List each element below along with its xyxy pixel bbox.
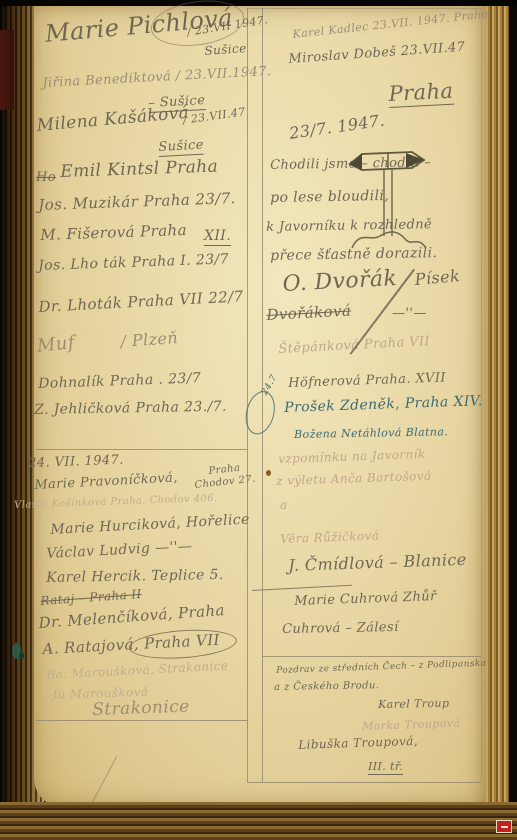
photo-right-edge bbox=[509, 0, 517, 840]
guestbook-entry: Z. Jehličková Praha 23./7. bbox=[34, 399, 227, 418]
guestbook-entry: Božena Netáhlová Blatna. bbox=[294, 425, 448, 441]
guestbook-entry: a z Českého Brodu. bbox=[274, 680, 379, 693]
guestbook-entry: Ho bbox=[36, 170, 56, 185]
guestbook-photo: Marie Pichlová/ 23.VII 1947.SušiceJiřina… bbox=[0, 0, 517, 840]
guestbook-entry: / Plzeň bbox=[120, 328, 179, 351]
guestbook-entry: Cuhrová – Zálesí bbox=[282, 620, 399, 637]
guestbook-entry: XII. bbox=[204, 228, 231, 246]
column-divider-line bbox=[247, 8, 248, 782]
guestbook-entry: Písek bbox=[414, 266, 461, 289]
frame-line-top bbox=[247, 8, 481, 9]
frame-line-bottom-left bbox=[36, 720, 247, 721]
section-line-left bbox=[36, 449, 247, 450]
guestbook-entry: Karel Troup bbox=[378, 697, 450, 711]
spine-red-stain bbox=[0, 30, 14, 110]
guestbook-entry: Sušice bbox=[204, 41, 247, 58]
ink-spot bbox=[266, 470, 271, 476]
book-bottom-edge bbox=[0, 802, 517, 840]
green-paint-speck bbox=[19, 652, 24, 659]
guestbook-entry: Sušice bbox=[158, 138, 204, 157]
guestbook-entry: Muf bbox=[36, 332, 76, 357]
photo-top-edge bbox=[0, 0, 517, 6]
section-line-right bbox=[263, 656, 481, 657]
guestbook-entry: —''— bbox=[392, 306, 427, 321]
guestbook-entry: a bbox=[280, 498, 288, 512]
guestbook-entry: III. tř. bbox=[368, 760, 403, 775]
guestbook-entry: Karel Hercik. Teplice 5. bbox=[46, 567, 224, 586]
page-stack-edge bbox=[486, 4, 510, 816]
frame-line-bottom-right bbox=[247, 782, 481, 783]
signpost-sketch-icon bbox=[348, 146, 428, 258]
guestbook-entry: Strakonice bbox=[92, 697, 190, 720]
red-minus-watermark-icon bbox=[496, 820, 512, 833]
guestbook-entry: Praha bbox=[388, 79, 454, 108]
